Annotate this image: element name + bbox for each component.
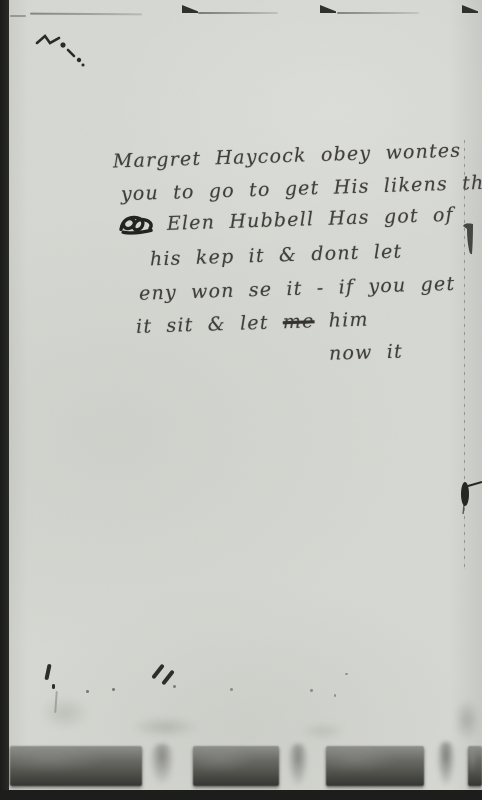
ink-speck	[310, 689, 313, 692]
letter-line: it sit & let me him	[136, 307, 369, 340]
fold-ink-blob-icon	[452, 472, 482, 516]
ink-speck	[230, 688, 233, 691]
ink-speck	[173, 685, 176, 688]
ink-speck	[52, 684, 55, 689]
letter-line-text: it sit & let	[136, 312, 269, 338]
tear-mark-icon	[455, 220, 479, 260]
binding-shadow-segment	[10, 746, 142, 786]
ink-speck	[345, 673, 348, 675]
binding-gap-smudge	[437, 742, 455, 786]
struck-word: me	[282, 310, 314, 333]
scan-frame-bottom	[0, 790, 482, 800]
ink-speck	[86, 690, 89, 693]
binding-gap-smudge	[150, 744, 174, 784]
letter-line: you to go to get His likens that	[121, 169, 482, 207]
letter-line: Elen Hubbell Has got of	[116, 202, 454, 239]
binding-shadow-segment	[193, 746, 279, 786]
letter-line: his kep it & dont let	[150, 238, 403, 272]
letter-line-text: Elen Hubbell Has got of	[166, 202, 454, 237]
scan-frame-left	[0, 0, 9, 800]
binding-gap-smudge	[288, 744, 308, 786]
ink-speck	[112, 688, 115, 691]
letter-line-text: him	[328, 309, 369, 332]
gray-smudge	[455, 700, 479, 740]
binding-shadow-segment	[468, 746, 482, 786]
letter-line: eny won se it - if you get	[139, 271, 456, 307]
scanned-letter: Margret Haycock obey wontes you to go to…	[0, 0, 482, 800]
letter-line: now it	[329, 338, 404, 366]
gray-smudge	[40, 696, 90, 730]
handwritten-text: Margret Haycock obey wontes you to go to…	[0, 0, 482, 424]
gray-smudge	[130, 716, 200, 738]
ink-speck	[334, 694, 336, 697]
gray-smudge	[300, 722, 346, 740]
letter-line: Margret Haycock obey wontes	[112, 138, 461, 175]
binding-shadow-segment	[326, 746, 424, 786]
ink-blot-scribble-icon	[116, 211, 157, 238]
